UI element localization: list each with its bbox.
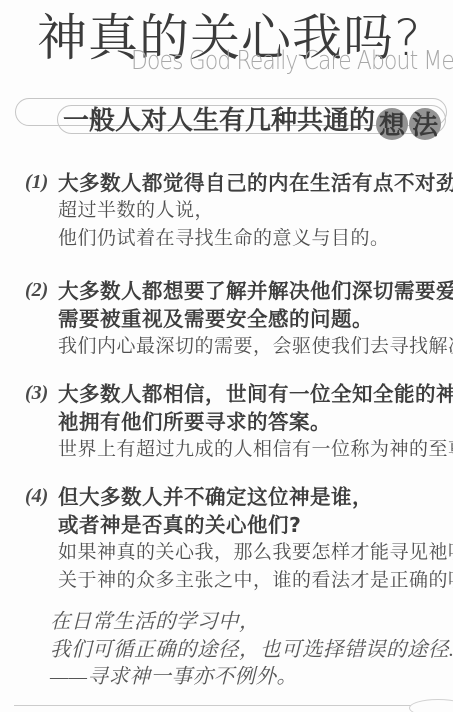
point-3-regular-line-1: 世界上有超过九成的人相信有一位称为神的至尊者存在。 bbox=[58, 436, 453, 464]
point-4-marker: (4) bbox=[25, 483, 58, 508]
numbered-point-4: (4) 但大多数人并不确定这位神是谁， 或者神是否真的关心他们? 如果神真的关心… bbox=[25, 483, 439, 594]
point-2-text: 大多数人都想要了解并解决他们深切需要爱、 需要被重视及需要安全感的问题。 我们内… bbox=[58, 277, 453, 361]
point-1-bold-line-1: 大多数人都觉得自己的内在生活有点不对劲。 bbox=[58, 169, 453, 197]
numbered-point-1: (1) 大多数人都觉得自己的内在生活有点不对劲。 超过半数的人说， 他们仍试着在… bbox=[25, 169, 439, 252]
point-4-bold-line-1: 但大多数人并不确定这位神是谁， bbox=[58, 483, 453, 511]
banner-heading-main: 一般人对人生有几种共通的 bbox=[63, 106, 375, 136]
banner-highlight-char-1: 想 bbox=[376, 108, 408, 140]
point-2-marker: (2) bbox=[25, 277, 58, 302]
closing-line-2: 我们可循正确的途径，也可选择错误的途径…… bbox=[50, 637, 453, 665]
section-banner: 一般人对人生有几种共通的想法 bbox=[0, 94, 453, 140]
bottom-right-curve bbox=[409, 699, 453, 712]
page-title-english: Does God Really Care About Me? bbox=[131, 46, 453, 76]
numbered-point-2: (2) 大多数人都想要了解并解决他们深切需要爱、 需要被重视及需要安全感的问题。… bbox=[25, 277, 439, 361]
point-3-bold-line-1: 大多数人都相信，世间有一位全知全能的神存在， bbox=[58, 380, 453, 408]
point-1-regular-line-2: 他们仍试着在寻找生命的意义与目的。 bbox=[58, 225, 453, 253]
point-4-bold-line-2: 或者神是否真的关心他们? bbox=[58, 511, 453, 539]
document-page: 神真的关心我吗? Does God Really Care About Me? … bbox=[0, 0, 453, 712]
point-2-bold-line-1: 大多数人都想要了解并解决他们深切需要爱、 bbox=[58, 277, 453, 305]
banner-highlight-char-2: 法 bbox=[409, 108, 441, 140]
closing-line-3: ——寻求神一事亦不例外。 bbox=[50, 664, 453, 692]
point-1-regular-line-1: 超过半数的人说， bbox=[58, 197, 453, 225]
banner-heading: 一般人对人生有几种共通的想法 bbox=[63, 100, 441, 140]
point-1-text: 大多数人都觉得自己的内在生活有点不对劲。 超过半数的人说， 他们仍试着在寻找生命… bbox=[58, 169, 453, 252]
point-1-marker: (1) bbox=[25, 169, 58, 194]
closing-remark: 在日常生活的学习中， 我们可循正确的途径，也可选择错误的途径…… ——寻求神一事… bbox=[50, 609, 453, 692]
closing-line-1: 在日常生活的学习中， bbox=[50, 609, 453, 637]
point-3-text: 大多数人都相信，世间有一位全知全能的神存在， 祂拥有他们所要寻求的答案。 世界上… bbox=[58, 380, 453, 464]
bottom-divider-line bbox=[14, 705, 453, 706]
point-3-bold-line-2: 祂拥有他们所要寻求的答案。 bbox=[58, 408, 453, 436]
numbered-point-3: (3) 大多数人都相信，世间有一位全知全能的神存在， 祂拥有他们所要寻求的答案。… bbox=[25, 380, 439, 464]
point-4-text: 但大多数人并不确定这位神是谁， 或者神是否真的关心他们? 如果神真的关心我，那么… bbox=[58, 483, 453, 594]
point-4-regular-line-2: 关于神的众多主张之中，谁的看法才是正确的呢? bbox=[58, 567, 453, 595]
point-2-bold-line-2: 需要被重视及需要安全感的问题。 bbox=[58, 305, 453, 333]
point-2-regular-line-1: 我们内心最深切的需要，会驱使我们去寻找解决之道。 bbox=[58, 333, 453, 361]
point-3-marker: (3) bbox=[25, 380, 58, 405]
point-4-regular-line-1: 如果神真的关心我，那么我要怎样才能寻见祂呢? bbox=[58, 539, 453, 567]
